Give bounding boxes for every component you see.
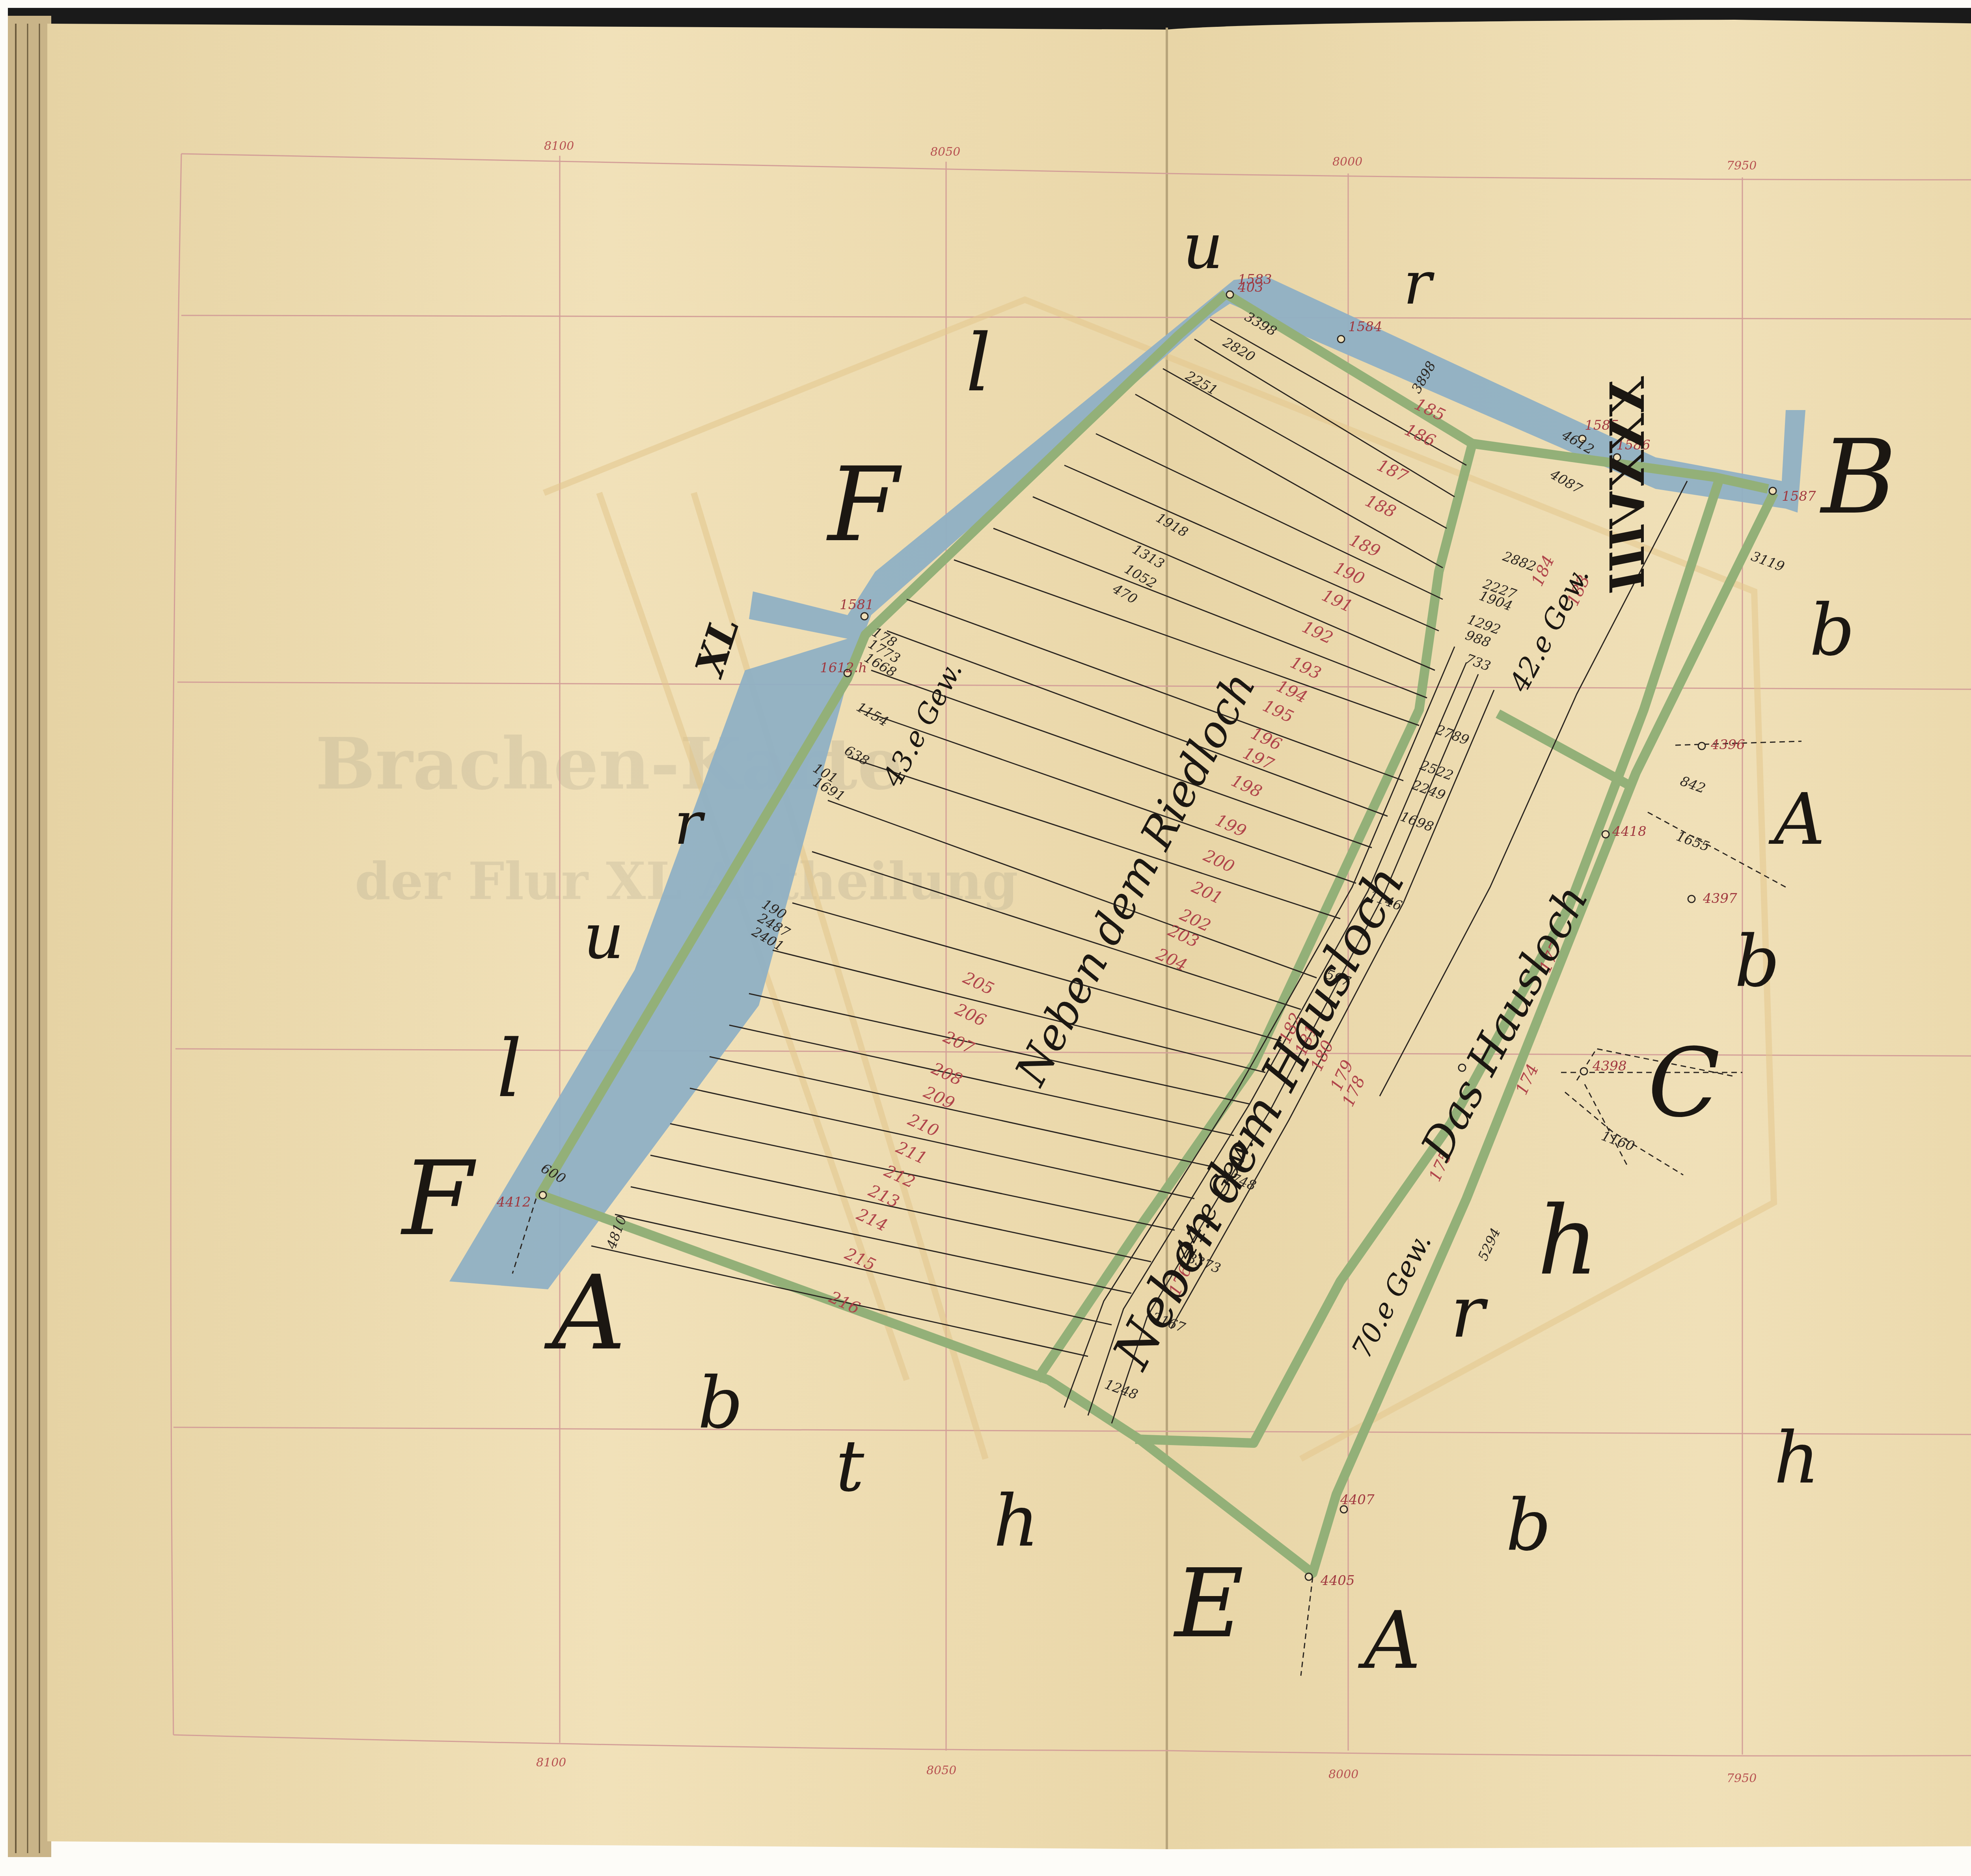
svg-text:h: h: [1774, 1417, 1820, 1499]
map-scan: Brachen-Karte der Flur XL Abtheilung 810…: [0, 0, 1971, 1876]
svg-text:8050: 8050: [926, 1764, 956, 1777]
svg-text:XXXVIII: XXXVIII: [1600, 376, 1655, 593]
svg-text:C: C: [1648, 1028, 1720, 1138]
svg-text:A: A: [1358, 1595, 1421, 1687]
svg-text:403: 403: [1237, 280, 1263, 295]
svg-text:r: r: [1451, 1271, 1488, 1354]
svg-text:b: b: [1809, 589, 1855, 671]
svg-text:B: B: [1820, 418, 1896, 537]
svg-text:7950: 7950: [1727, 159, 1757, 173]
svg-text:F: F: [401, 1139, 477, 1259]
svg-text:A: A: [1768, 778, 1825, 861]
svg-text:E: E: [1173, 1548, 1244, 1659]
svg-text:h: h: [993, 1480, 1039, 1563]
svg-text:4418: 4418: [1612, 824, 1647, 839]
svg-text:8050: 8050: [930, 145, 960, 159]
svg-text:b: b: [698, 1362, 743, 1444]
svg-text:4405: 4405: [1320, 1573, 1355, 1589]
svg-text:8000: 8000: [1332, 155, 1362, 169]
cadastral-map-canvas: Brachen-Karte der Flur XL Abtheilung 810…: [0, 0, 1971, 1876]
svg-text:7950: 7950: [1727, 1772, 1757, 1785]
svg-text:4398: 4398: [1592, 1058, 1627, 1074]
svg-text:4396: 4396: [1710, 737, 1745, 753]
svg-text:h: h: [1537, 1186, 1598, 1296]
svg-text:l: l: [497, 1023, 522, 1115]
svg-text:t: t: [836, 1425, 864, 1507]
svg-text:4412: 4412: [496, 1194, 531, 1210]
svg-text:A: A: [544, 1254, 626, 1373]
page-stack-left: [8, 16, 51, 1857]
svg-text:1612.h: 1612.h: [820, 660, 867, 676]
svg-text:b: b: [1734, 920, 1780, 1003]
svg-text:8100: 8100: [536, 1756, 566, 1770]
svg-text:u: u: [1183, 209, 1223, 283]
svg-text:1587: 1587: [1782, 489, 1816, 504]
svg-text:8000: 8000: [1328, 1768, 1358, 1781]
svg-text:r: r: [1403, 249, 1435, 318]
svg-text:l: l: [966, 317, 991, 409]
svg-text:1581: 1581: [840, 597, 874, 613]
svg-text:b: b: [1506, 1484, 1551, 1566]
svg-text:F: F: [826, 446, 903, 565]
svg-text:4397: 4397: [1703, 891, 1737, 906]
svg-text:1584: 1584: [1348, 319, 1382, 335]
svg-text:u: u: [583, 899, 624, 973]
svg-text:8100: 8100: [544, 139, 574, 153]
svg-text:4407: 4407: [1340, 1492, 1375, 1508]
svg-text:r: r: [674, 789, 706, 858]
